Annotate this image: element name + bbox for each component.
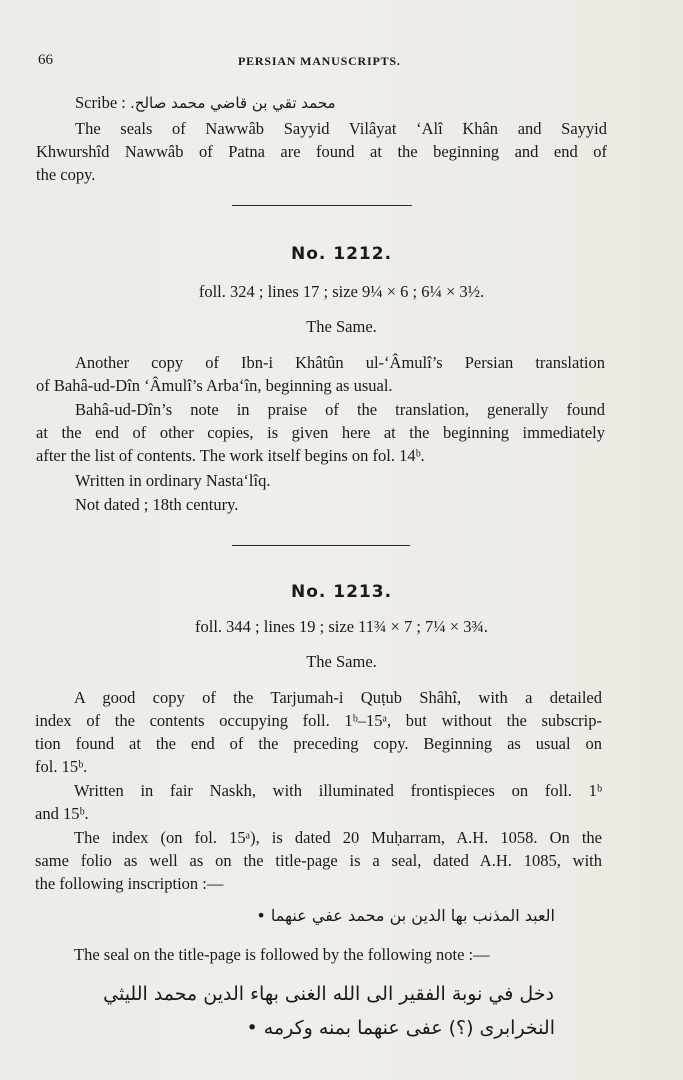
note-arabic-line-1: دخل في نوبة الفقير الى الله الغنى بهاء ا…	[34, 980, 554, 1008]
entry-1212-para2-line1: Bahâ-ud-Dîn’s note in praise of the tran…	[75, 399, 605, 421]
entry-1213-para1-line3: tion found at the end of the preceding c…	[35, 733, 602, 755]
entry-1212-para1-line1: Another copy of Ibn-i Khâtûn ul-‘Âmulî’s…	[75, 352, 605, 374]
seals-line-2: Khwurshîd Nawwâb of Patna are found at t…	[36, 141, 607, 163]
section-divider	[232, 205, 412, 206]
entry-number-1212: No. 1212.	[0, 244, 683, 264]
seal-inscription-arabic: العبد المذنب بها الدين بن محمد عفي عنهما…	[200, 905, 555, 927]
section-divider	[232, 545, 410, 546]
scribe-line: Scribe : محمد تقي بن قاضي محمد صالح.	[75, 92, 336, 114]
scanned-page: 66 PERSIAN MANUSCRIPTS. Scribe : محمد تق…	[0, 0, 683, 1080]
entry-1212-para1-line2: of Bahâ-ud-Dîn ‘Âmulî’s Arba‘în, beginni…	[36, 375, 393, 397]
entry-1213-para3-line2: same folio as well as on the title-page …	[35, 850, 602, 872]
scribe-arabic-name: محمد تقي بن قاضي محمد صالح.	[130, 94, 336, 112]
note-arabic-line-2: النخرابرى (؟) عفى عنهما بمنه وكرمه •	[200, 1014, 555, 1042]
entry-1212-para2-line3: after the list of contents. The work its…	[36, 445, 425, 467]
running-head: 66 PERSIAN MANUSCRIPTS.	[38, 52, 605, 70]
entry-1213-para3-line3: the following inscription :—	[35, 873, 223, 895]
note-intro: The seal on the title-page is followed b…	[74, 944, 490, 966]
entry-number-1213: No. 1213.	[0, 582, 683, 602]
entry-1213-para2-line2: and 15ᵇ.	[35, 803, 89, 825]
entry-1212-script: Written in ordinary Nasta‘lîq.	[75, 470, 270, 492]
seals-line-1: The seals of Nawwâb Sayyid Vilâyat ‘Alî …	[75, 118, 607, 140]
entry-1213-para1-line1: A good copy of the Tarjumah-i Quṭub Shâh…	[74, 687, 602, 709]
scribe-label: Scribe :	[75, 93, 126, 112]
running-title: PERSIAN MANUSCRIPTS.	[238, 54, 401, 69]
entry-1212-title: The Same.	[0, 316, 683, 338]
seals-line-3: the copy.	[36, 164, 95, 186]
entry-1213-collation: foll. 344 ; lines 19 ; size 11¾ × 7 ; 7¼…	[0, 616, 683, 638]
entry-1213-para1-line4: fol. 15ᵇ.	[35, 756, 87, 778]
entry-1213-para1-line2: index of the contents occupying foll. 1ᵇ…	[35, 710, 602, 732]
entry-1212-collation: foll. 324 ; lines 17 ; size 9¼ × 6 ; 6¼ …	[0, 281, 683, 303]
entry-1213-para2-line1: Written in fair Naskh, with illuminated …	[74, 780, 602, 802]
page-number: 66	[38, 52, 53, 69]
entry-1213-para3-line1: The index (on fol. 15ᵃ), is dated 20 Muḥ…	[74, 827, 602, 849]
entry-1212-date: Not dated ; 18th century.	[75, 494, 238, 516]
entry-1212-para2-line2: at the end of other copies, is given her…	[36, 422, 605, 444]
entry-1213-title: The Same.	[0, 651, 683, 673]
